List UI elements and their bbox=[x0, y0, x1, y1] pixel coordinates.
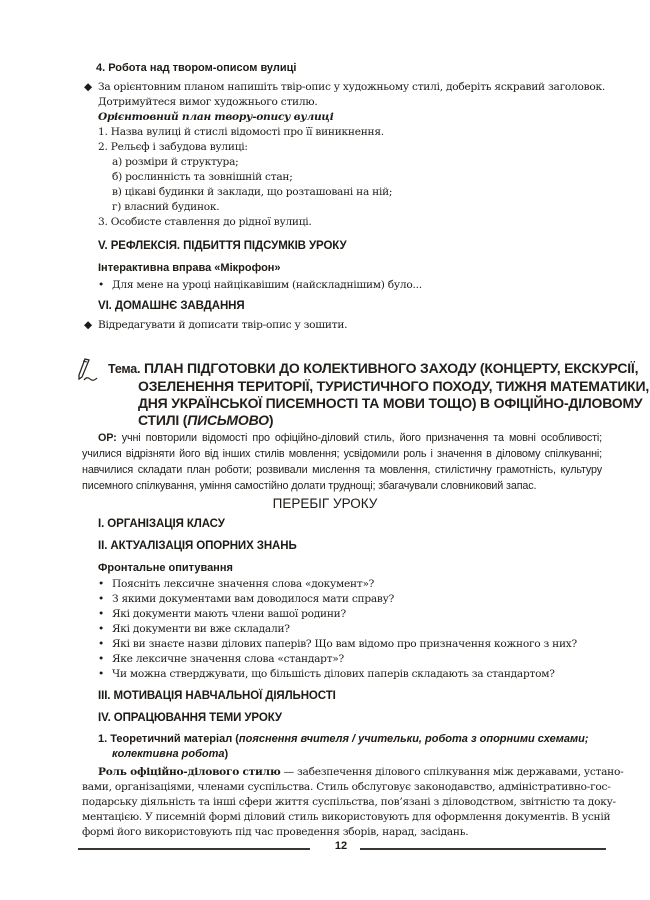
section5-item: •Для мене на уроці найцікавішим (найскла… bbox=[98, 278, 422, 293]
section6-heading: VI. ДОМАШНЄ ЗАВДАННЯ bbox=[98, 300, 245, 312]
stage2-subheading: Фронтальне опитування bbox=[98, 562, 233, 574]
section4-task-line1: ◆За орієнтовним планом напишіть твір-опи… bbox=[84, 80, 605, 95]
plan-title: Орієнтовний план твору-опису вулиці bbox=[98, 110, 333, 125]
question-item: •Яке лексичне значення слова «стандарт»? bbox=[98, 652, 344, 667]
dot-bullet-icon: • bbox=[98, 622, 112, 637]
stage2-heading: II. АКТУАЛІЗАЦІЯ ОПОРНИХ ЗНАНЬ bbox=[98, 540, 297, 552]
stage4-heading: IV. ОПРАЦЮВАННЯ ТЕМИ УРОКУ bbox=[98, 712, 282, 724]
page-number: 12 bbox=[326, 840, 356, 852]
question-item: •Поясніть лексичне значення слова «докум… bbox=[98, 577, 374, 592]
paragraph-line: вами, організаціями, членами суспільства… bbox=[82, 780, 611, 795]
question-item: •Які ви знаєте назви ділових паперів? Що… bbox=[98, 637, 577, 652]
outcomes-text: учні повторили відомості про офіційно-ді… bbox=[82, 432, 602, 492]
paragraph-line: ментацією. У писемній формі діловий стил… bbox=[82, 810, 610, 825]
paragraph-line: подарську діяльність та інші сфери життя… bbox=[82, 795, 616, 810]
outcomes-label: ОР: bbox=[98, 432, 117, 444]
stage1-heading: I. ОРГАНІЗАЦІЯ КЛАСУ bbox=[98, 518, 225, 530]
question-item: •З якими документами вам доводилося мати… bbox=[98, 592, 394, 607]
topic-label: Тема. bbox=[108, 362, 140, 376]
paragraph-line: Роль офіційно-ділового стилю — забезпече… bbox=[98, 765, 623, 780]
dot-bullet-icon: • bbox=[98, 278, 112, 293]
plan-subitem: в) цікаві будинки й заклади, що розташов… bbox=[112, 185, 392, 200]
plan-subitem: г) власний будинок. bbox=[112, 200, 219, 215]
dot-bullet-icon: • bbox=[98, 652, 112, 667]
question-item: •Які документи ви вже складали? bbox=[98, 622, 290, 637]
section4-task-line2: Дотримуйтеся вимог художнього стилю. bbox=[98, 95, 317, 110]
dot-bullet-icon: • bbox=[98, 667, 112, 682]
question-item: •Чи можна стверджувати, що більшість діл… bbox=[98, 667, 555, 682]
plan-item: 3. Особисте ставлення до рідної вулиці. bbox=[98, 215, 312, 230]
section5-heading: V. РЕФЛЕКСІЯ. ПІДБИТТЯ ПІДСУМКІВ УРОКУ bbox=[98, 240, 347, 252]
topic-line: СТИЛІ (ПИСЬМОВО) bbox=[108, 412, 608, 429]
pen-icon bbox=[75, 357, 103, 385]
plan-subitem: б) рослинність та зовнішній стан; bbox=[112, 170, 293, 185]
topic-line: ОЗЕЛЕНЕННЯ ТЕРИТОРІЇ, ТУРИСТИЧНОГО ПОХОД… bbox=[108, 378, 608, 395]
footer-rule-right bbox=[360, 848, 606, 850]
theory-item-line2: колективна робота) bbox=[112, 748, 228, 760]
topic-line: ДНЯ УКРАЇНСЬКОЇ ПИСЕМНОСТІ ТА МОВИ ТОЩО)… bbox=[108, 395, 608, 412]
dot-bullet-icon: • bbox=[98, 577, 112, 592]
topic-line: ПЛАН ПІДГОТОВКИ ДО КОЛЕКТИВНОГО ЗАХОДУ (… bbox=[144, 360, 638, 376]
paragraph-line: формі його використовують під час провед… bbox=[82, 825, 468, 840]
stage3-heading: III. МОТИВАЦІЯ НАВЧАЛЬНОЇ ДІЯЛЬНОСТІ bbox=[98, 690, 336, 702]
dot-bullet-icon: • bbox=[98, 592, 112, 607]
lesson-topic: Тема. ПЛАН ПІДГОТОВКИ ДО КОЛЕКТИВНОГО ЗА… bbox=[108, 360, 608, 429]
dot-bullet-icon: • bbox=[98, 637, 112, 652]
plan-subitem: а) розміри й структура; bbox=[112, 155, 238, 170]
section6-item: ◆Відредагувати й дописати твір-опис у зо… bbox=[84, 318, 347, 333]
diamond-bullet-icon: ◆ bbox=[84, 80, 98, 95]
diamond-bullet-icon: ◆ bbox=[84, 318, 98, 333]
course-title: ПЕРЕБІГ УРОКУ bbox=[0, 496, 650, 511]
section4-heading: 4. Робота над твором-описом вулиці bbox=[96, 62, 296, 74]
learning-outcomes: ОР: учні повторили відомості про офіційн… bbox=[82, 430, 602, 494]
plan-item: 2. Рельєф і забудова вулиці: bbox=[98, 140, 248, 155]
theory-item-line1: 1. Теоретичний матеріал (пояснення вчите… bbox=[98, 733, 589, 745]
question-item: •Які документи мають члени вашої родини? bbox=[98, 607, 346, 622]
section5-exercise: Інтерактивна вправа «Мікрофон» bbox=[98, 262, 281, 274]
document-page: 4. Робота над твором-описом вулиці ◆За о… bbox=[0, 0, 650, 900]
dot-bullet-icon: • bbox=[98, 607, 112, 622]
footer-rule-left bbox=[78, 848, 310, 850]
plan-item: 1. Назва вулиці й стислі відомості про ї… bbox=[98, 125, 384, 140]
